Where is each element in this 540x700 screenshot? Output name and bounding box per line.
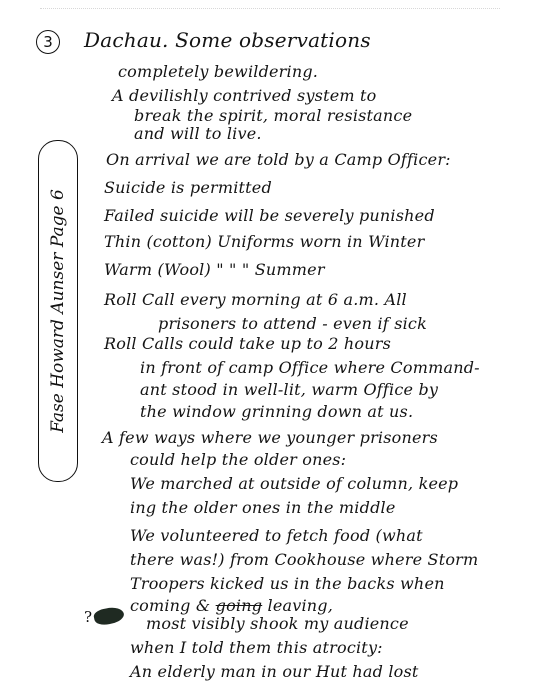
text-fragment: coming & <box>130 596 210 615</box>
text-line: We marched at outside of column, keep <box>130 474 458 493</box>
text-line: A devilishly contrived system to <box>112 86 377 105</box>
page-title: Dachau. Some observations <box>84 28 371 52</box>
text-line: On arrival we are told by a Camp Officer… <box>106 150 451 169</box>
text-line: prisoners to attend - even if sick <box>158 314 427 333</box>
text-line: Failed suicide will be severely punished <box>104 206 435 225</box>
margin-question-mark: ? <box>84 608 92 626</box>
text-line: Thin (cotton) Uniforms worn in Winter <box>104 232 424 251</box>
text-line-with-strike: coming & going leaving, <box>130 596 333 615</box>
text-line: An elderly man in our Hut had lost <box>130 662 419 681</box>
text-line: the window grinning down at us. <box>140 402 413 421</box>
faint-header-line <box>40 8 500 11</box>
text-line: could help the older ones: <box>130 450 346 469</box>
text-line: ant stood in well-lit, warm Office by <box>140 380 438 399</box>
text-line: and will to live. <box>134 124 262 143</box>
text-line: most visibly shook my audience <box>146 614 409 633</box>
text-fragment: leaving, <box>268 596 334 615</box>
sidebar-note: Fase Howard Aunser Page 6 <box>38 140 78 482</box>
ink-scribble <box>93 605 126 627</box>
text-line: Troopers kicked us in the backs when <box>130 574 445 593</box>
section-number: 3 <box>43 33 53 51</box>
text-line: Roll Calls could take up to 2 hours <box>104 334 391 353</box>
text-line: in front of camp Office where Command- <box>140 358 480 377</box>
text-line: there was!) from Cookhouse where Storm <box>130 550 478 569</box>
text-line: break the spirit, moral resistance <box>134 106 412 125</box>
struck-word: going <box>216 596 263 615</box>
text-line: ing the older ones in the middle <box>130 498 396 517</box>
text-line: Roll Call every morning at 6 a.m. All <box>104 290 407 309</box>
text-line: We volunteered to fetch food (what <box>130 526 423 545</box>
text-line: when I told them this atrocity: <box>130 638 383 657</box>
text-line: Warm (Wool) " " " Summer <box>104 260 325 279</box>
text-line: Suicide is permitted <box>104 178 272 197</box>
text-line: A few ways where we younger prisoners <box>102 428 438 447</box>
text-line: completely bewildering. <box>118 62 318 81</box>
section-number-badge: 3 <box>36 30 60 54</box>
sidebar-note-text: Fase Howard Aunser Page 6 <box>48 189 68 433</box>
